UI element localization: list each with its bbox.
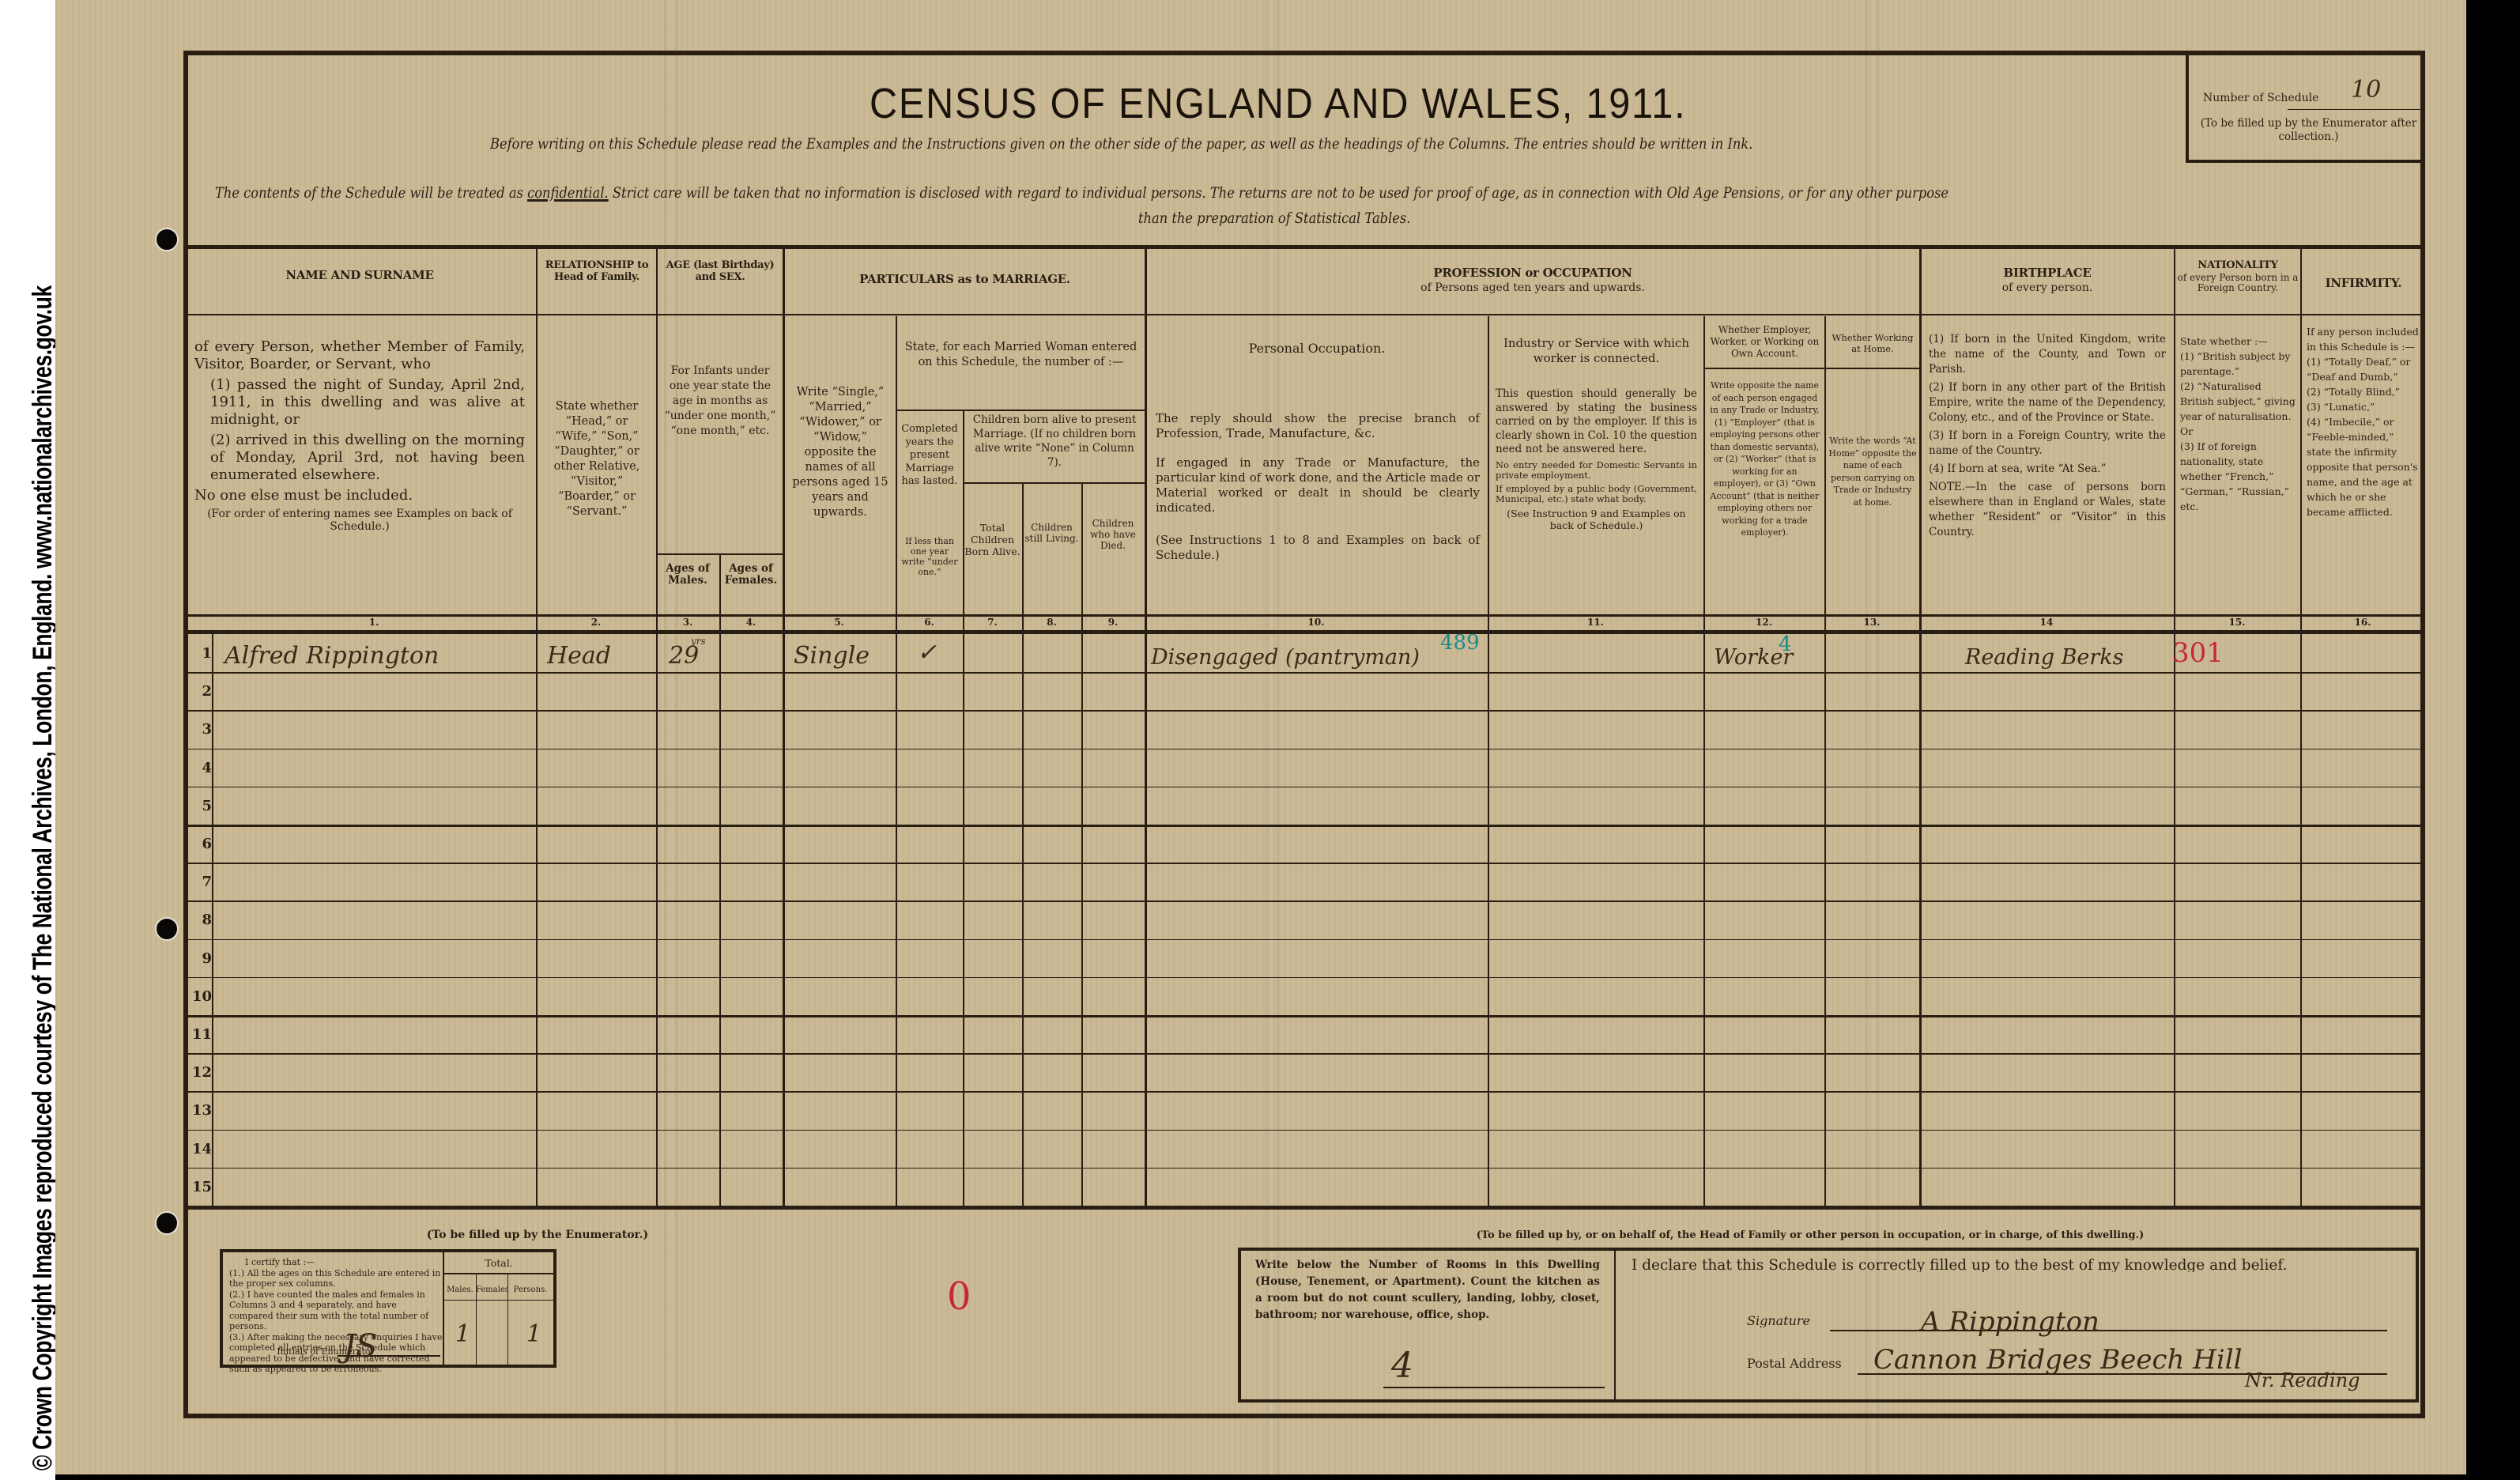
heading-nationality: NATIONALITY	[2175, 259, 2300, 271]
row-rule	[183, 939, 2425, 941]
years-married-label: Completed years the present Marriage has…	[896, 423, 963, 489]
column-number: 10.	[1145, 617, 1488, 628]
entry-relationship[interactable]: Head	[547, 642, 611, 670]
table-bottom-rule	[183, 1206, 2425, 1210]
ages-of-females-label: Ages of Females.	[719, 552, 783, 587]
column-number: 5.	[783, 617, 896, 628]
heading-birthplace: BIRTHPLACE	[1921, 266, 2174, 280]
birthplace-code: 301	[2172, 637, 2224, 669]
signature-line	[1830, 1330, 2387, 1331]
females-label: Females.	[476, 1284, 507, 1297]
confidential-word: confidential.	[527, 185, 609, 202]
red-mark: 0	[947, 1274, 971, 1319]
row-number: 2	[183, 683, 212, 700]
col-divider	[536, 249, 538, 1206]
entry-personal-occupation[interactable]: Disengaged (pantryman)	[1151, 645, 1420, 670]
employer-rule	[1703, 368, 1919, 369]
ages-of-males-label: Ages of Males.	[656, 552, 719, 587]
entry-check-mark[interactable]: ✓	[917, 639, 937, 666]
confidential-notice: The contents of the Schedule will be tre…	[215, 185, 1948, 202]
row-number: 12	[183, 1064, 212, 1081]
row-rule	[183, 977, 2425, 979]
males-label: Males.	[444, 1284, 476, 1297]
children-rule	[963, 482, 1145, 484]
enumerator-box: I certify that :— (1.) All the ages on t…	[220, 1249, 556, 1368]
heading-marriage: PARTICULARS as to MARRIAGE.	[785, 273, 1145, 286]
totals-rule	[444, 1300, 553, 1301]
still-living-label: Children still Living.	[1022, 522, 1081, 544]
schedule-number-box: Number of Schedule 10 (To be filled up b…	[2186, 54, 2425, 163]
row-number: 1	[183, 645, 212, 662]
postal-address-label: Postal Address	[1747, 1357, 1865, 1370]
entry-name[interactable]: Alfred Rippington	[224, 642, 439, 670]
postal-address-line2[interactable]: Nr. Reading	[2245, 1369, 2360, 1391]
instruction-line: Before writing on this Schedule please r…	[490, 136, 1752, 153]
row-number: 8	[183, 912, 212, 928]
column-number: 15.	[2174, 617, 2300, 628]
row-number: 14	[183, 1141, 212, 1157]
employer-label: Whether Employer, Worker, or Working on …	[1705, 324, 1824, 360]
condition-instructions: Write “Single,” “Married,” “Widower,” or…	[785, 385, 896, 520]
punch-hole	[155, 1211, 179, 1235]
row-number: 9	[183, 950, 212, 967]
home-instructions: Write the words “At Home” opposite the n…	[1826, 435, 1919, 508]
row-number: 11	[183, 1026, 212, 1043]
col-divider	[1488, 316, 1489, 1206]
subheading-nationality: of every Person born in a Foreign Countr…	[2175, 273, 2300, 293]
relationship-instructions: State whether “Head,” or “Wife,” “Son,” …	[539, 399, 655, 519]
punch-hole	[155, 228, 179, 251]
row-number: 7	[183, 874, 212, 890]
row-number: 5	[183, 798, 212, 814]
age-instructions: For Infants under one year state the age…	[658, 364, 783, 439]
entry-birthplace[interactable]: Reading Berks	[1965, 645, 2124, 670]
row-rule	[183, 1091, 2425, 1093]
initials-value[interactable]: JS	[343, 1328, 377, 1365]
row-rule	[183, 749, 2425, 750]
totals-rule	[444, 1273, 553, 1274]
column-number: 4.	[719, 617, 783, 628]
column-number: 7.	[963, 617, 1022, 628]
subheading-birthplace: of every person.	[1921, 281, 2174, 295]
row-rule	[183, 1130, 2425, 1131]
persons-total[interactable]: 1	[526, 1320, 541, 1348]
died-label: Children who have Died.	[1081, 518, 1145, 551]
row-number: 13	[183, 1102, 212, 1119]
schedule-frame	[183, 51, 2425, 1418]
column-number: 9.	[1081, 617, 1145, 628]
column-number: 3.	[656, 617, 719, 628]
column-number: 8.	[1022, 617, 1081, 628]
page-title: CENSUS OF ENGLAND AND WALES, 1911.	[870, 79, 1686, 128]
confidential-notice-line2: than the preparation of Statistical Tabl…	[1138, 210, 1410, 227]
householder-divider	[1614, 1251, 1616, 1399]
left-margin: © Crown Copyright Images reproduced cour…	[0, 0, 55, 1480]
col-divider	[1022, 482, 1024, 1206]
column-number: 11.	[1488, 617, 1703, 628]
row-rule	[183, 1053, 2425, 1055]
name-instructions: of every Person, whether Member of Famil…	[190, 338, 530, 536]
row-rule	[183, 863, 2425, 864]
infirmity-instructions: If any person included in this Schedule …	[2302, 324, 2425, 519]
total-born-label: Total Children Born Alive.	[963, 522, 1022, 557]
schedule-number-note: (To be filled up by the Enumerator after…	[2195, 117, 2422, 144]
entry-condition[interactable]: Single	[794, 642, 870, 670]
column-number: 12.	[1703, 617, 1824, 628]
heading-name: NAME AND SURNAME	[183, 269, 536, 282]
column-number: 1.	[212, 617, 536, 628]
column-number: 6.	[896, 617, 963, 628]
subheading-occupation: of Persons aged ten years and upwards.	[1146, 281, 1919, 295]
married-woman-header: State, for each Married Woman entered on…	[897, 340, 1145, 370]
row-rule	[183, 710, 2425, 712]
total-label: Total.	[444, 1257, 553, 1270]
years-married-note: If less than one year write “under one.”	[896, 536, 963, 577]
heading-infirmity: INFIRMITY.	[2302, 277, 2425, 290]
row-rule	[183, 1168, 2425, 1169]
schedule-number-line	[2288, 109, 2425, 110]
heading-rule	[183, 314, 2425, 315]
industry-instructions: This question should generally be answer…	[1491, 387, 1702, 534]
heading-relationship: RELATIONSHIP to Head of Family.	[538, 259, 656, 283]
row-rule	[183, 787, 2425, 788]
column-number-rule	[183, 630, 2425, 634]
employment-code: 4	[1779, 632, 1792, 656]
column-number: 13.	[1824, 617, 1919, 628]
persons-label: Persons.	[507, 1284, 553, 1297]
personal-occupation-instructions: The reply should show the precise branch…	[1151, 411, 1484, 566]
column-number: 14	[1919, 617, 2174, 628]
row-number: 4	[183, 760, 212, 776]
column-number: 2.	[536, 617, 656, 628]
home-label: Whether Working at Home.	[1826, 332, 1919, 354]
schedule-number-label: Number of Schedule	[2203, 92, 2318, 104]
employer-instructions: Write opposite the name of each person e…	[1705, 379, 1824, 539]
heading-age: AGE (last Birthday) and SEX.	[658, 259, 783, 283]
rownum-divider	[212, 630, 213, 1206]
children-header: Children born alive to present Marriage.…	[964, 413, 1145, 470]
rooms-instructions: Write below the Number of Rooms in this …	[1247, 1257, 1608, 1323]
row-number: 6	[183, 836, 212, 852]
males-total[interactable]: 1	[455, 1320, 470, 1348]
punch-hole	[155, 917, 179, 941]
rooms-line	[1383, 1387, 1605, 1388]
occupation-code: 489	[1440, 631, 1480, 655]
col-divider	[1145, 249, 1147, 1206]
col-divider	[719, 553, 721, 1206]
postal-address-line1[interactable]: Cannon Bridges Beech Hill	[1873, 1344, 2243, 1376]
row-rule	[183, 825, 2425, 827]
row-number: 10	[183, 988, 212, 1005]
householder-heading: (To be filled up by, or on behalf of, th…	[1249, 1227, 2371, 1244]
declaration-text: I declare that this Schedule is correctl…	[1620, 1259, 2411, 1272]
birthplace-instructions: (1) If born in the United Kingdom, write…	[1924, 332, 2171, 543]
householder-box: Write below the Number of Rooms in this …	[1238, 1248, 2419, 1403]
row-rule	[183, 1015, 2425, 1017]
table-top-rule	[183, 245, 2425, 249]
col-divider	[1081, 482, 1083, 1206]
row-rule	[183, 900, 2425, 902]
col-divider	[1919, 249, 1922, 1206]
schedule-number-value[interactable]: 10	[2351, 76, 2381, 104]
heading-occupation: PROFESSION or OCCUPATION	[1146, 266, 1919, 280]
entry-age-male-mark: yrs	[691, 636, 706, 647]
personal-occupation-label: Personal Occupation.	[1146, 342, 1488, 355]
row-number: 3	[183, 721, 212, 738]
copyright-notice: © Crown Copyright Images reproduced cour…	[28, 0, 58, 1471]
column-number: 16.	[2300, 617, 2425, 628]
married-woman-rule	[896, 410, 1145, 411]
enumerator-heading: (To be filled up by the Enumerator.)	[348, 1227, 727, 1244]
row-number: 15	[183, 1179, 212, 1195]
row-rule	[183, 672, 2425, 674]
signature-value[interactable]: A Rippington	[1921, 1306, 2099, 1338]
signature-label: Signature	[1747, 1314, 1850, 1327]
nationality-instructions: State whether :— (1) “British subject by…	[2175, 334, 2300, 514]
industry-label: Industry or Service with which worker is…	[1489, 336, 1703, 366]
rooms-value[interactable]: 4	[1391, 1346, 1413, 1386]
